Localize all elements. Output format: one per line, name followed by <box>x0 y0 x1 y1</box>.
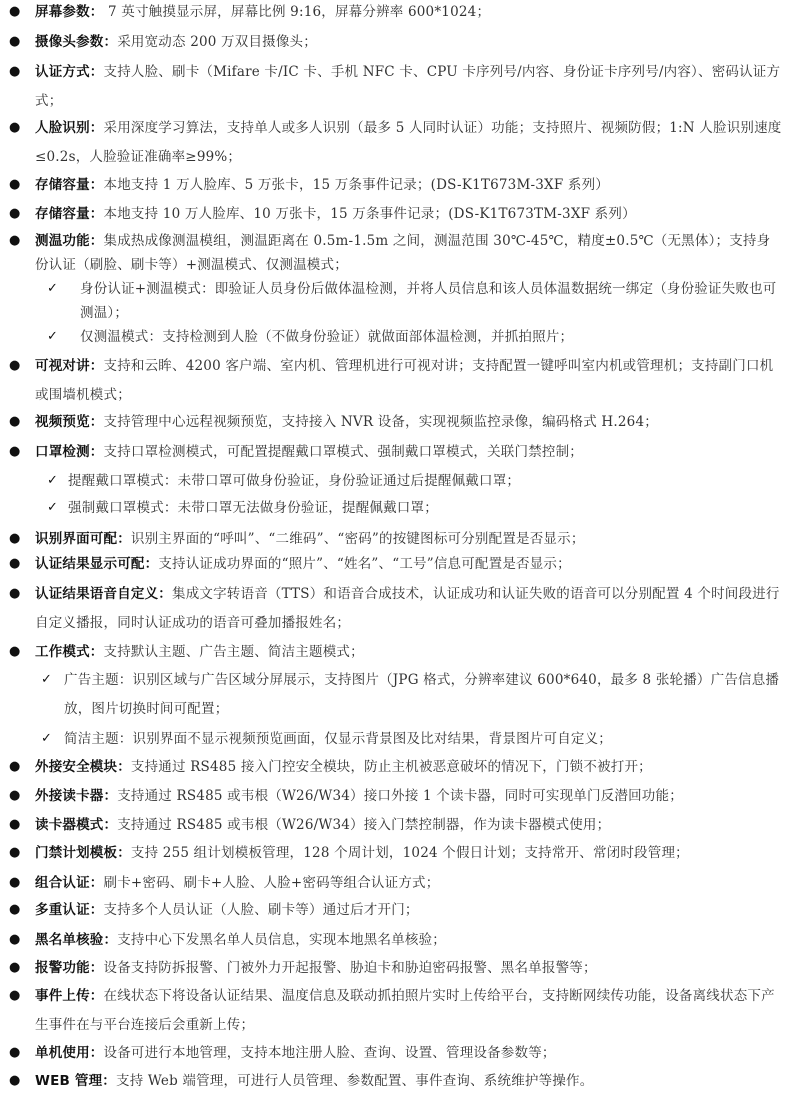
bullet-icon: ● <box>9 200 19 229</box>
item-label: 认证方式： <box>35 64 104 80</box>
sub-item-text: 提醒戴口罩模式：未带口罩可做身份验证，身份验证通过后提醒佩戴口罩； <box>68 473 520 489</box>
item-label: 可视对讲： <box>35 358 104 374</box>
item-text: 本地支持 1 万人脸库、5 万张卡，15 万条事件记录；(DS-K1T673M-… <box>104 177 610 193</box>
bullet-icon: ● <box>9 811 19 840</box>
bullet-icon: ● <box>9 638 19 667</box>
bullet-icon: ● <box>9 839 19 868</box>
checkmark-icon: ✓ <box>47 467 58 496</box>
sub-item-text: 简洁主题：识别界面不显示视频预览画面，仅显示背景图及比对结果，背景图片可自定义； <box>64 731 612 747</box>
item-text: 支持认证成功界面的“照片”、“姓名”、“工号”信息可配置是否显示； <box>158 556 571 572</box>
item-label: 事件上传： <box>35 988 104 1004</box>
item-text: 识别主界面的“呼叫”、“二维码”、“密码”的按键图标可分别配置是否显示； <box>131 531 585 547</box>
item-text: 支持多个人员认证（人脸、刷卡等）通过后才开门； <box>104 902 419 918</box>
bullet-icon: ● <box>9 580 19 609</box>
item-text: 设备支持防拆报警、门被外力开起报警、胁迫卡和胁迫密码报警、黑名单报警等； <box>104 960 597 976</box>
item-text: 设备可进行本地管理，支持本地注册人脸、查询、设置、管理设备参数等； <box>104 1045 556 1061</box>
bullet-icon: ● <box>9 1067 19 1096</box>
bullet-icon: ● <box>9 408 19 437</box>
item-text: 支持通过 RS485 接入门控安全模块，防止主机被恶意破坏的情况下，门锁不被打开… <box>131 759 652 775</box>
item-text: 支持中心下发黑名单人员信息，实现本地黑名单核验； <box>117 932 446 948</box>
bullet-icon: ● <box>9 550 19 579</box>
sub-item-text: 强制戴口罩模式：未带口罩无法做身份验证，提醒佩戴口罩； <box>68 500 438 516</box>
bullet-icon: ● <box>9 869 19 898</box>
bullet-icon: ● <box>9 896 19 925</box>
checkmark-icon: ✓ <box>47 325 58 349</box>
item-label: 报警功能： <box>35 960 104 976</box>
item-label: 工作模式： <box>35 644 104 660</box>
item-text: 刷卡+密码、刷卡+人脸、人脸+密码等组合认证方式； <box>104 875 440 891</box>
item-text: 采用深度学习算法，支持单人或多人识别（最多 5 人同时认证）功能；支持照片、视频… <box>35 120 782 165</box>
bullet-icon: ● <box>9 1039 19 1068</box>
item-label: WEB 管理： <box>35 1073 116 1089</box>
bullet-icon: ● <box>9 171 19 200</box>
item-text: 支持 Web 端管理，可进行人员管理、参数配置、事件查询、系统维护等操作。 <box>116 1073 593 1089</box>
bullet-icon: ● <box>9 352 19 381</box>
item-label: 存储容量： <box>35 177 104 193</box>
item-label: 测温功能： <box>35 233 104 249</box>
checkmark-icon: ✓ <box>41 666 52 695</box>
bullet-icon: ● <box>9 753 19 782</box>
item-label: 存储容量： <box>35 206 104 222</box>
item-label: 口罩检测： <box>35 444 104 460</box>
item-text: 本地支持 10 万人脸库、10 万张卡，15 万条事件记录；(DS-K1T673… <box>104 206 636 222</box>
item-text: 支持人脸、刷卡（Mifare 卡/IC 卡、手机 NFC 卡、CPU 卡序列号/… <box>35 64 780 109</box>
bullet-icon: ● <box>9 954 19 983</box>
item-text: 7 英寸触摸显示屏，屏幕比例 9:16，屏幕分辨率 600*1024； <box>104 4 491 20</box>
bullet-icon: ● <box>9 28 19 57</box>
item-label: 视频预览： <box>35 414 104 430</box>
bullet-icon: ● <box>9 114 19 143</box>
item-label: 组合认证： <box>35 875 104 891</box>
sub-item-text: 仅测温模式：支持检测到人脸（不做身份验证）就做面部体温检测，并抓拍照片； <box>80 329 573 345</box>
item-label: 人脸识别： <box>35 120 104 136</box>
item-label: 屏幕参数： <box>35 4 104 20</box>
item-label: 摄像头参数： <box>35 34 117 50</box>
checkmark-icon: ✓ <box>47 494 58 523</box>
item-label: 外接读卡器： <box>35 788 117 804</box>
item-text: 支持 255 组计划模板管理，128 个周计划，1024 个假日计划；支持常开、… <box>131 845 689 861</box>
sub-item-text: 广告主题：识别区域与广告区域分屏展示，支持图片（JPG 格式，分辨率建议 600… <box>64 672 779 717</box>
item-text: 支持口罩检测模式，可配置提醒戴口罩模式、强制戴口罩模式，关联门禁控制； <box>104 444 584 460</box>
item-text: 支持和云眸、4200 客户端、室内机、管理机进行可视对讲；支持配置一键呼叫室内机… <box>35 358 773 403</box>
item-label: 多重认证： <box>35 902 104 918</box>
bullet-icon: ● <box>9 58 19 87</box>
checkmark-icon: ✓ <box>47 277 58 301</box>
item-text: 集成热成像测温模组，测温距离在 0.5m-1.5m 之间，测温范围 30℃-45… <box>35 233 770 273</box>
item-text: 采用宽动态 200 万双目摄像头； <box>117 34 317 50</box>
bullet-icon: ● <box>9 926 19 955</box>
sub-item-text: 身份认证+测温模式：即验证人员身份后做体温检测，并将人员信息和该人员体温数据统一… <box>80 281 777 321</box>
bullet-icon: ● <box>9 782 19 811</box>
item-text: 支持通过 RS485 或韦根（W26/W34）接入门禁控制器，作为读卡器模式使用… <box>117 817 610 833</box>
item-text: 支持管理中心远程视频预览，支持接入 NVR 设备，实现视频监控录像，编码格式 H… <box>104 414 658 430</box>
checkmark-icon: ✓ <box>41 725 52 754</box>
item-label: 识别界面可配： <box>35 531 131 547</box>
item-text: 支持通过 RS485 或韦根（W26/W34）接口外接 1 个读卡器，同时可实现… <box>117 788 683 804</box>
item-text: 在线状态下将设备认证结果、温度信息及联动抓拍照片实时上传给平台，支持断网续传功能… <box>35 988 775 1033</box>
bullet-icon: ● <box>9 0 19 27</box>
item-label: 黑名单核验： <box>35 932 117 948</box>
item-label: 单机使用： <box>35 1045 104 1061</box>
item-text: 支持默认主题、广告主题、简洁主题模式； <box>104 644 364 660</box>
item-label: 外接安全模块： <box>35 759 131 775</box>
bullet-icon: ● <box>9 229 19 253</box>
item-label: 读卡器模式： <box>35 817 117 833</box>
bullet-icon: ● <box>9 438 19 467</box>
item-label: 门禁计划模板： <box>35 845 131 861</box>
item-label: 认证结果显示可配： <box>35 556 158 572</box>
bullet-icon: ● <box>9 982 19 1011</box>
item-label: 认证结果语音自定义： <box>35 586 172 602</box>
